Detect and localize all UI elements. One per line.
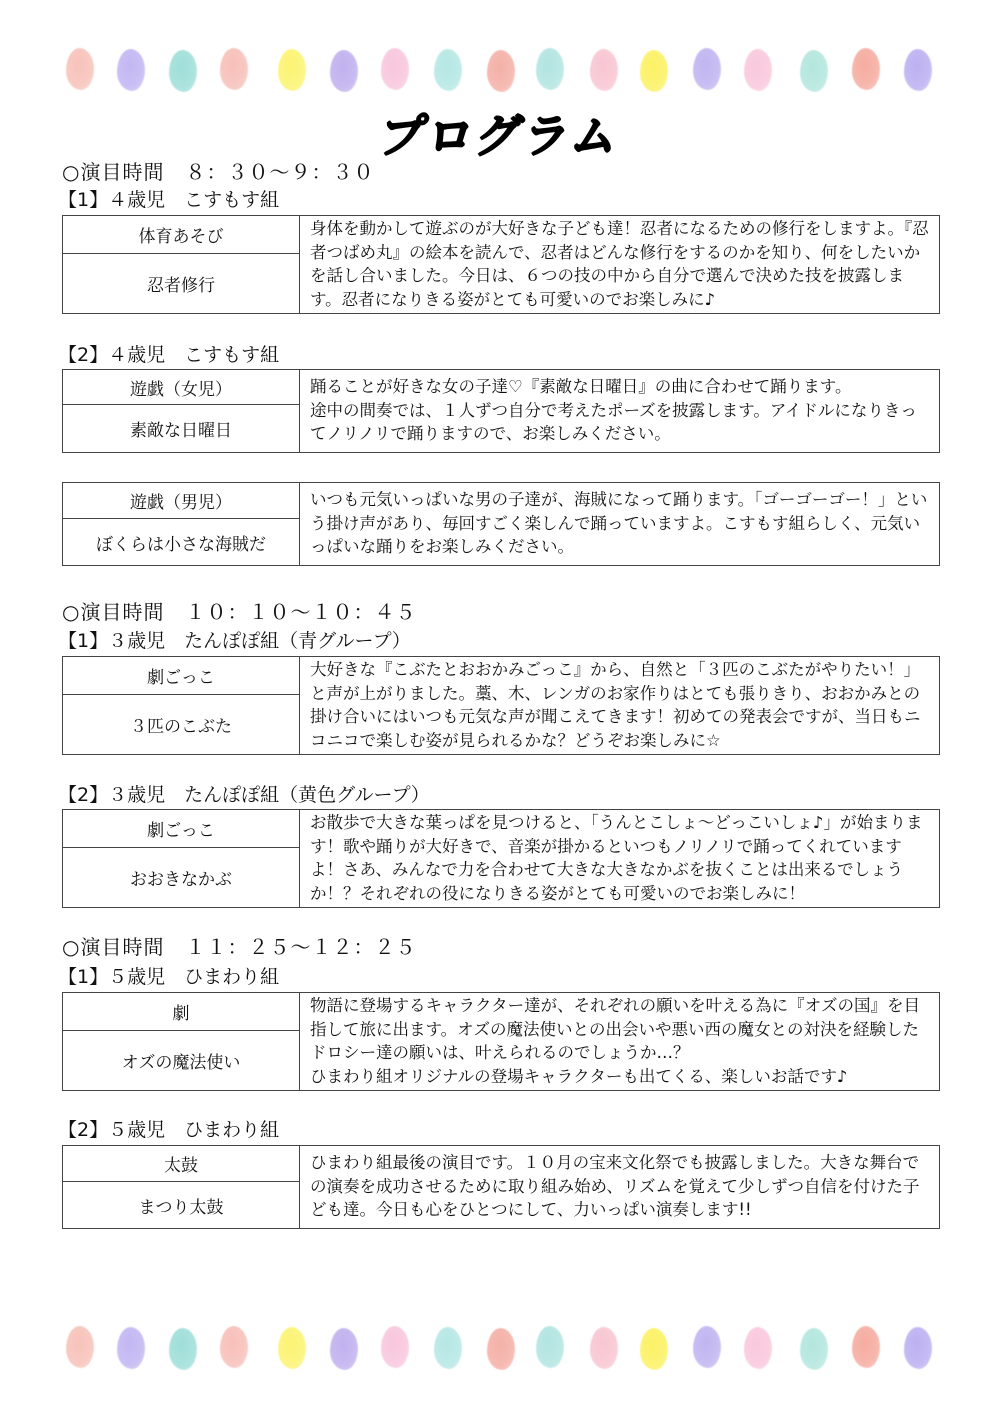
group-heading: 【2】４歳児 こすもす組: [58, 343, 940, 367]
watercolor-dot: [800, 1328, 828, 1370]
program-table: 遊戯（女児） 踊ることが好きな女の子達♡『素敵な日曜日』の曲に合わせて踊ります。…: [62, 369, 940, 453]
group-heading: 【1】４歳児 こすもす組: [58, 188, 940, 212]
group-heading-wrap: 【2】５歳児 ひまわり組: [62, 1118, 940, 1142]
program-table: 劇ごっこ お散歩で大きな葉っぱを見つけると、「うんとこしょ〜どっこいしょ♪」が始…: [62, 809, 940, 908]
watercolor-dot: [169, 1328, 197, 1370]
program-table: 太鼓 ひまわり組最後の演目です。１０月の宝来文化祭でも披露しました。大きな舞台で…: [62, 1145, 940, 1229]
watercolor-dot: [693, 48, 721, 90]
program-table: 体育あそび 身体を動かして遊ぶのが大好きな子ども達！忍者になるための修行をします…: [62, 215, 940, 314]
session-2: ○演目時間 １０：１０〜１０：４５ 【1】３歳児 たんぽぽ組（青グループ）: [62, 600, 940, 653]
program-table: 遊戯（男児） いつも元気いっぱいな男の子達が、海賊になって踊ります。「ゴーゴーゴ…: [62, 482, 940, 566]
watercolor-dot: [487, 1328, 515, 1370]
watercolor-dot: [66, 48, 94, 90]
watercolor-dot: [117, 49, 145, 91]
program-table: 劇ごっこ 大好きな『こぶたとおおかみごっこ』から、自然と「３匹のこぶたがやりたい…: [62, 656, 940, 755]
program-title: ぼくらは小さな海賊だ: [63, 519, 300, 566]
group-heading-wrap: 【2】４歳児 こすもす組: [62, 343, 940, 367]
watercolor-dot: [744, 49, 772, 91]
page-title: プログラム: [0, 100, 1000, 166]
watercolor-dot: [66, 1326, 94, 1368]
watercolor-dot: [330, 50, 358, 92]
watercolor-dot: [800, 50, 828, 92]
watercolor-dot: [904, 1327, 932, 1369]
program-description: 大好きな『こぶたとおおかみごっこ』から、自然と「３匹のこぶたがやりたい！」と声が…: [300, 657, 940, 755]
watercolor-dot: [590, 49, 618, 91]
group-heading: 【2】５歳児 ひまわり組: [58, 1118, 940, 1142]
watercolor-dot: [278, 1327, 306, 1369]
watercolor-dot: [381, 1326, 409, 1368]
program-title: 忍者修行: [63, 254, 300, 314]
watercolor-dot: [220, 1326, 248, 1368]
session-time-heading: ○演目時間 １０：１０〜１０：４５: [62, 600, 940, 624]
group-heading: 【2】３歳児 たんぽぽ組（黄色グループ）: [58, 783, 940, 807]
watercolor-dot: [278, 49, 306, 91]
program-category: 劇ごっこ: [63, 657, 300, 695]
watercolor-dot: [640, 50, 668, 92]
program-title: ３匹のこぶた: [63, 695, 300, 755]
program-description: 物語に登場するキャラクター達が、それぞれの願いを叶える為に『オズの国』を目指して…: [300, 993, 940, 1091]
decorative-dots-bottom: [0, 1318, 1000, 1378]
program-category: 体育あそび: [63, 216, 300, 254]
watercolor-dot: [693, 1326, 721, 1368]
watercolor-dot: [169, 50, 197, 92]
watercolor-dot: [904, 49, 932, 91]
program-title: まつり太鼓: [63, 1182, 300, 1229]
program-title: 素敵な日曜日: [63, 405, 300, 453]
watercolor-dot: [744, 1327, 772, 1369]
group-heading: 【1】３歳児 たんぽぽ組（青グループ）: [58, 629, 940, 653]
program-table: 劇 物語に登場するキャラクター達が、それぞれの願いを叶える為に『オズの国』を目指…: [62, 992, 940, 1091]
watercolor-dot: [536, 48, 564, 90]
watercolor-dot: [852, 1326, 880, 1368]
program-description: 身体を動かして遊ぶのが大好きな子ども達！忍者になるための修行をしますよ。『忍者つ…: [300, 216, 940, 314]
watercolor-dot: [220, 48, 248, 90]
program-description: いつも元気いっぱいな男の子達が、海賊になって踊ります。「ゴーゴーゴー！」という掛…: [300, 483, 940, 566]
watercolor-dot: [330, 1328, 358, 1370]
watercolor-dot: [536, 1326, 564, 1368]
program-title: オズの魔法使い: [63, 1031, 300, 1091]
session-1: ○演目時間 ８：３０〜９：３０ 【1】４歳児 こすもす組: [62, 160, 940, 212]
program-description: 踊ることが好きな女の子達♡『素敵な日曜日』の曲に合わせて踊ります。 途中の間奏で…: [300, 370, 940, 453]
program-category: 遊戯（女児）: [63, 370, 300, 405]
watercolor-dot: [434, 49, 462, 91]
session-3: ○演目時間 １１：２５〜１２：２５ 【1】５歳児 ひまわり組: [62, 935, 940, 989]
session-time-heading: ○演目時間 ８：３０〜９：３０: [62, 160, 940, 184]
group-heading-wrap: 【2】３歳児 たんぽぽ組（黄色グループ）: [62, 783, 940, 807]
program-category: 遊戯（男児）: [63, 483, 300, 519]
watercolor-dot: [640, 1328, 668, 1370]
watercolor-dot: [381, 48, 409, 90]
group-heading: 【1】５歳児 ひまわり組: [58, 965, 940, 989]
program-description: お散歩で大きな葉っぱを見つけると、「うんとこしょ〜どっこいしょ♪」が始まります！…: [300, 810, 940, 908]
program-category: 太鼓: [63, 1146, 300, 1182]
program-title: おおきなかぶ: [63, 848, 300, 908]
watercolor-dot: [852, 48, 880, 90]
session-time-heading: ○演目時間 １１：２５〜１２：２５: [62, 935, 940, 959]
program-description: ひまわり組最後の演目です。１０月の宝来文化祭でも披露しました。大きな舞台での演奏…: [300, 1146, 940, 1229]
program-category: 劇: [63, 993, 300, 1031]
watercolor-dot: [117, 1327, 145, 1369]
watercolor-dot: [590, 1327, 618, 1369]
watercolor-dot: [487, 50, 515, 92]
watercolor-dot: [434, 1327, 462, 1369]
decorative-dots-top: [0, 40, 1000, 100]
program-category: 劇ごっこ: [63, 810, 300, 848]
